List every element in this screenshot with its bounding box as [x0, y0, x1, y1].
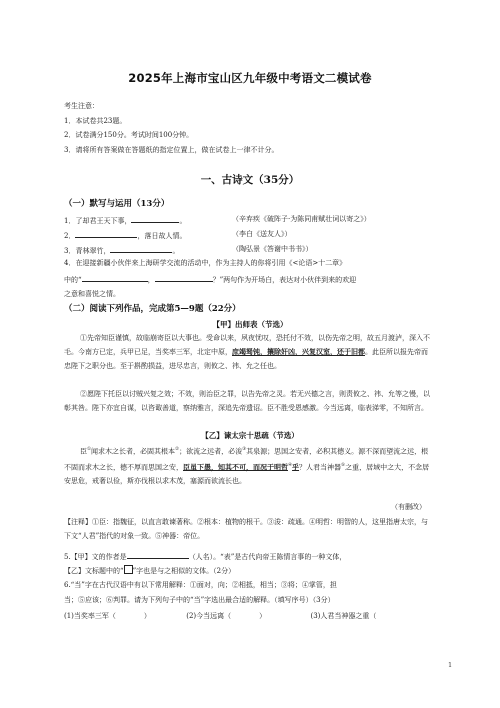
- question-3-source: （陶弘景《答谢中书书》）: [232, 244, 313, 254]
- passage-yi-title: 【乙】谏太宗十思疏（节选）: [0, 430, 500, 441]
- passage-jia-paragraph-2: ②愿陛下托臣以讨贼兴复之效；不效，则治臣之罪，以告先帝之灵。若无兴德之言，则责攸…: [64, 387, 434, 415]
- question-4-line2: 中的“，？”两句作为开场白，表达对小伙伴到来的欢迎: [64, 273, 356, 285]
- section-title: 一、古诗文（35分）: [0, 172, 500, 187]
- question-2-source: （李白《送友人》）: [232, 229, 292, 239]
- annotation: 【注释】①臣：指魏征，以直言敢谏著称。②根本：植物的根干。③浚：疏通。④明哲：明…: [64, 515, 434, 543]
- question-3: 3．青林翠竹，。: [64, 244, 179, 256]
- exam-page: 2025年上海市宝山区九年级中考语文二模试卷 考生注意： 1．本试卷共23题。 …: [0, 0, 500, 708]
- notice-item: 1．本试卷共23题。: [64, 114, 278, 129]
- question-1: 1．了却君王天下事，。: [64, 214, 186, 226]
- source-note: （有删改）: [391, 502, 426, 512]
- passage-jia-paragraph-1: ①先帝知臣谨慎，故临崩寄臣以大事也。受命以来，夙夜忧叹，恐托付不效，以伤先帝之明…: [64, 331, 434, 374]
- notice-item: 2．试卷满分150分。考试时间100分钟。: [64, 128, 278, 143]
- answer-item[interactable]: (3)人君当神器之重（: [310, 611, 376, 621]
- question-5-line1: 5.【甲】文的作者是（人名）。“表”是古代向帝王陈情言事的一种文体，: [64, 550, 346, 562]
- page-number: 1: [448, 661, 452, 669]
- question-6-line1: 6.“当”字在古代汉语中有以下常用解释：①面对，向；②相抵，相当；③将；④掌管，…: [64, 580, 337, 590]
- answer-blank[interactable]: [110, 244, 172, 253]
- underlined-sentence: 庶竭驽钝，攘除奸凶，兴复汉室，还于旧都: [232, 347, 365, 356]
- blank-box[interactable]: [124, 565, 133, 574]
- question-2: 2．，落日故人情。: [64, 229, 186, 241]
- question-4-line1: 4．在迎接新疆小伙伴来上海研学交流的活动中，作为主持人的你将引用《<论语>十二章…: [64, 258, 346, 268]
- question-6-answers: (1)当奖率三军（） (2)今当远离（） (3)人君当神器之重（: [64, 611, 376, 621]
- notice-heading: 考生注意：: [64, 99, 278, 114]
- notice-item: 3．请将所有答案做在答题纸的指定位置上，做在试卷上一律不计分。: [64, 143, 278, 158]
- part1-title: （一）默写与运用（13分）: [64, 197, 169, 209]
- question-6-line2: 当；⑤应该；⑥判罪。请为下列句子中的“当”字选出最合适的解释。（填写序号）（3分…: [64, 595, 335, 605]
- question-5-line2: 【乙】文标题中的“”字也是与之相似的文体。（2分）: [64, 565, 235, 576]
- answer-blank[interactable]: [131, 214, 179, 223]
- exam-notice: 考生注意： 1．本试卷共23题。 2．试卷满分150分。考试时间100分钟。 3…: [64, 99, 278, 157]
- passage-jia-title: 【甲】出师表（节选）: [0, 319, 500, 330]
- answer-blank[interactable]: [75, 229, 137, 238]
- passage-yi-paragraph: 臣①闻求木之长者，必固其根本②；欲流之远者，必浚③其泉源；思国之安者，必积其德义…: [64, 443, 434, 488]
- answer-blank[interactable]: [155, 273, 213, 282]
- answer-blank[interactable]: [82, 273, 148, 282]
- answer-item[interactable]: (2)今当远离（）: [186, 611, 308, 621]
- part2-title: （二）阅读下列作品，完成第5—9题（22分）: [64, 302, 241, 314]
- question-1-source: （辛弃疾《破阵子·为陈同甫赋壮词以寄之》）: [232, 214, 371, 224]
- answer-blank[interactable]: [127, 550, 189, 559]
- underlined-sentence: 臣虽下愚，知其不可，而况于明哲: [183, 462, 288, 471]
- question-4-line3: 之意和喜悦之情。: [64, 289, 120, 299]
- answer-item[interactable]: (1)当奖率三军（）: [64, 611, 184, 621]
- exam-title: 2025年上海市宝山区九年级中考语文二模试卷: [0, 70, 500, 86]
